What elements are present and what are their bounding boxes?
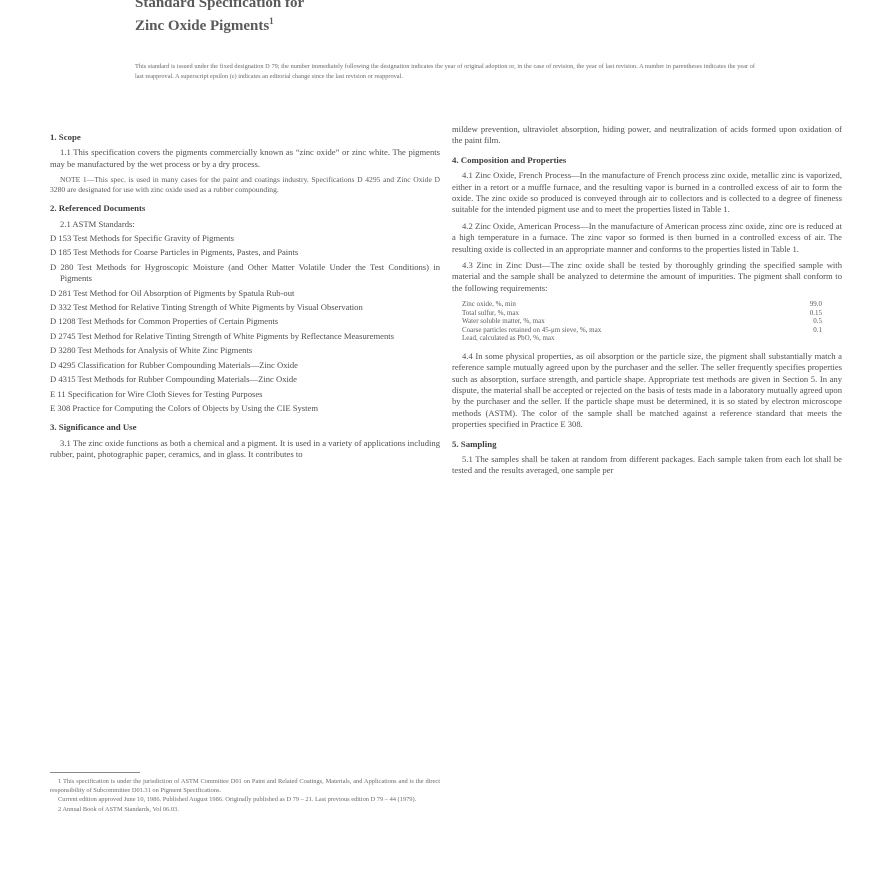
paragraph: 4.3 Zinc in Zinc Dust—The zinc oxide sha… (452, 260, 842, 294)
reference-item: D 280 Test Methods for Hygroscopic Moist… (50, 262, 440, 285)
title-line-1: Standard Specification for (135, 0, 635, 12)
table-row: Zinc oxide, %, min 99.0 (462, 300, 822, 309)
requirement-label: Total sulfur, %, max (462, 309, 782, 318)
section-sampling: 5. Sampling 5.1 The samples shall be tak… (452, 439, 842, 477)
table-row: Total sulfur, %, max 0.15 (462, 309, 822, 318)
requirement-value: 0.5 (782, 317, 822, 326)
paragraph: 4.4 In some physical properties, as oil … (452, 351, 842, 431)
footnote-divider (50, 772, 140, 773)
requirement-value: 0.15 (782, 309, 822, 318)
section-heading: 5. Sampling (452, 439, 842, 450)
reference-item: D 3280 Test Methods for Analysis of Whit… (50, 345, 440, 356)
footnotes: 1 This specification is under the jurisd… (50, 778, 440, 815)
title-footnote-mark: 1 (269, 16, 274, 26)
footnote: 1 This specification is under the jurisd… (50, 778, 440, 795)
footnote: Current edition approved June 10, 1986. … (50, 796, 440, 805)
section-composition: 4. Composition and Properties 4.1 Zinc O… (452, 155, 842, 294)
reference-item: D 1208 Test Methods for Common Propertie… (50, 316, 440, 327)
reference-item: D 332 Test Method for Relative Tinting S… (50, 302, 440, 313)
footnote: 2 Annual Book of ASTM Standards, Vol 06.… (50, 806, 440, 815)
document-title: Standard Specification for Zinc Oxide Pi… (135, 0, 635, 35)
section-referenced-documents: 2. Referenced Documents 2.1 ASTM Standar… (50, 203, 440, 414)
reference-item: E 308 Practice for Computing the Colors … (50, 403, 440, 414)
requirement-label: Water soluble matter, %, max (462, 317, 782, 326)
paragraph: 1.1 This specification covers the pigmen… (50, 147, 440, 170)
reference-item: D 4315 Test Methods for Rubber Compoundi… (50, 374, 440, 385)
section-significance: 3. Significance and Use 3.1 The zinc oxi… (50, 422, 440, 460)
reference-item: D 185 Test Methods for Coarse Particles … (50, 247, 440, 258)
paragraph: 5.1 The samples shall be taken at random… (452, 454, 842, 477)
section-heading: 2. Referenced Documents (50, 203, 440, 214)
paragraph: 4.1 Zinc Oxide, French Process—In the ma… (452, 170, 842, 216)
section-heading: 1. Scope (50, 132, 440, 143)
table-row: Lead, calculated as PbO, %, max (462, 334, 822, 343)
paragraph: 4.2 Zinc Oxide, American Process—In the … (452, 221, 842, 255)
reference-item: D 281 Test Method for Oil Absorption of … (50, 288, 440, 299)
requirement-label: Lead, calculated as PbO, %, max (462, 334, 782, 343)
table-row: Coarse particles retained on 45-μm sieve… (462, 326, 822, 335)
requirement-value: 0.1 (782, 326, 822, 335)
paragraph: 3.1 The zinc oxide functions as both a c… (50, 438, 440, 461)
section-scope: 1. Scope 1.1 This specification covers t… (50, 132, 440, 195)
requirement-value (782, 334, 822, 343)
reference-item: D 4295 Classification for Rubber Compoun… (50, 360, 440, 371)
left-column: 1. Scope 1.1 This specification covers t… (50, 124, 440, 466)
requirements-table: Zinc oxide, %, min 99.0 Total sulfur, %,… (462, 300, 822, 343)
reference-item: E 11 Specification for Wire Cloth Sieves… (50, 389, 440, 400)
reference-item: D 153 Test Methods for Specific Gravity … (50, 233, 440, 244)
requirement-value: 99.0 (782, 300, 822, 309)
right-column: mildew prevention, ultraviolet absorptio… (452, 124, 842, 482)
section-heading: 4. Composition and Properties (452, 155, 842, 166)
astm-standards-label: 2.1 ASTM Standards: (50, 219, 440, 230)
section-heading: 3. Significance and Use (50, 422, 440, 433)
title-line-2: Zinc Oxide Pigments1 (135, 12, 635, 35)
paragraph-continued: mildew prevention, ultraviolet absorptio… (452, 124, 842, 147)
designation-notice: This standard is issued under the fixed … (135, 62, 755, 82)
requirement-label: Zinc oxide, %, min (462, 300, 782, 309)
requirement-label: Coarse particles retained on 45-μm sieve… (462, 326, 782, 335)
reference-item: D 2745 Test Method for Relative Tinting … (50, 331, 440, 342)
note: NOTE 1—This spec. is used in many cases … (50, 175, 440, 195)
table-row: Water soluble matter, %, max 0.5 (462, 317, 822, 326)
